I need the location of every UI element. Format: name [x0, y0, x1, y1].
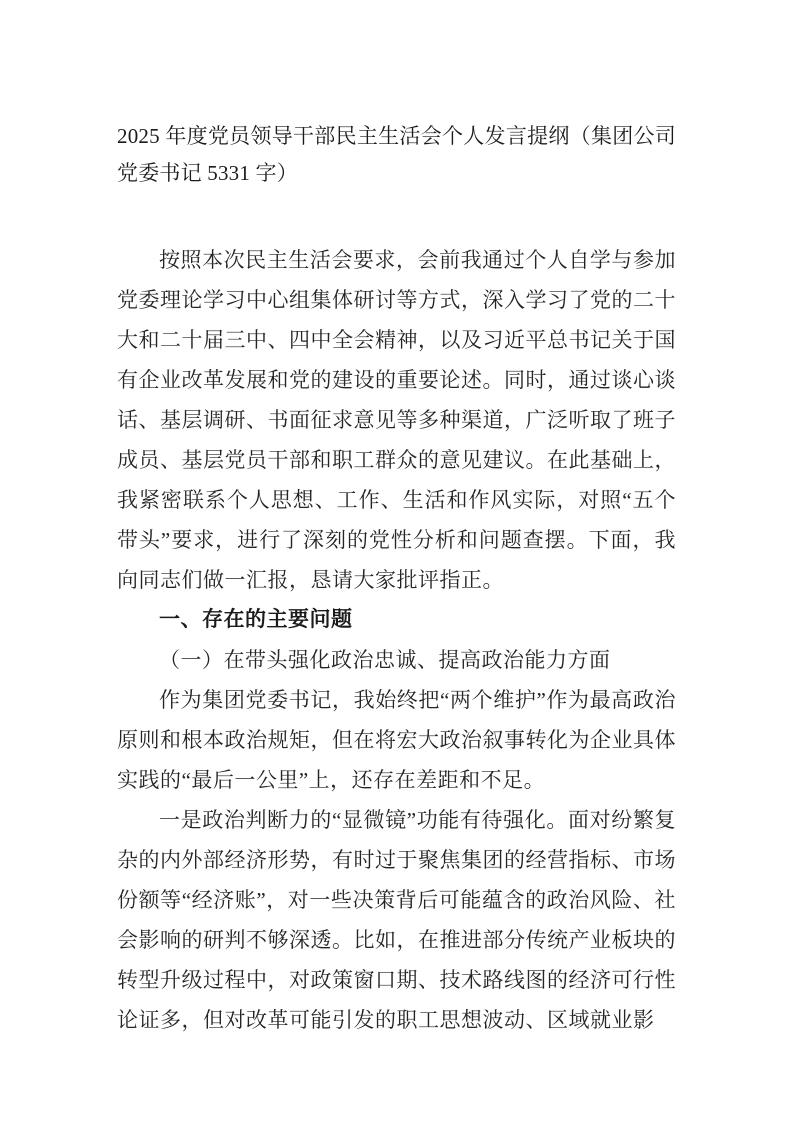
- paragraph-point-one: 一是政治判断力的“显微镜”功能有待强化。面对纷繁复杂的内外部经济形势，有时过于聚…: [117, 800, 676, 1040]
- point-one-lead-sentence: 一是政治判断力的“显微镜”功能有待强化。: [159, 808, 568, 832]
- document-page: 2025 年度党员领导干部民主生活会个人发言提纲（集团公司党委书记 5331 字…: [0, 0, 793, 1122]
- section-heading-main-problems: 一、存在的主要问题: [117, 600, 676, 640]
- point-one-body-text: 面对纷繁复杂的内外部经济形势，有时过于聚焦集团的经营指标、市场份额等“经济账”，…: [117, 808, 676, 1032]
- document-title: 2025 年度党员领导干部民主生活会个人发言提纲（集团公司党委书记 5331 字…: [117, 118, 676, 192]
- paragraph-role-statement: 作为集团党委书记，我始终把“两个维护”作为最高政治原则和根本政治规矩，但在将宏大…: [117, 680, 676, 800]
- subsection-heading-political-loyalty: （一）在带头强化政治忠诚、提高政治能力方面: [117, 640, 676, 680]
- intro-paragraph: 按照本次民主生活会要求，会前我通过个人自学与参加党委理论学习中心组集体研讨等方式…: [117, 240, 676, 600]
